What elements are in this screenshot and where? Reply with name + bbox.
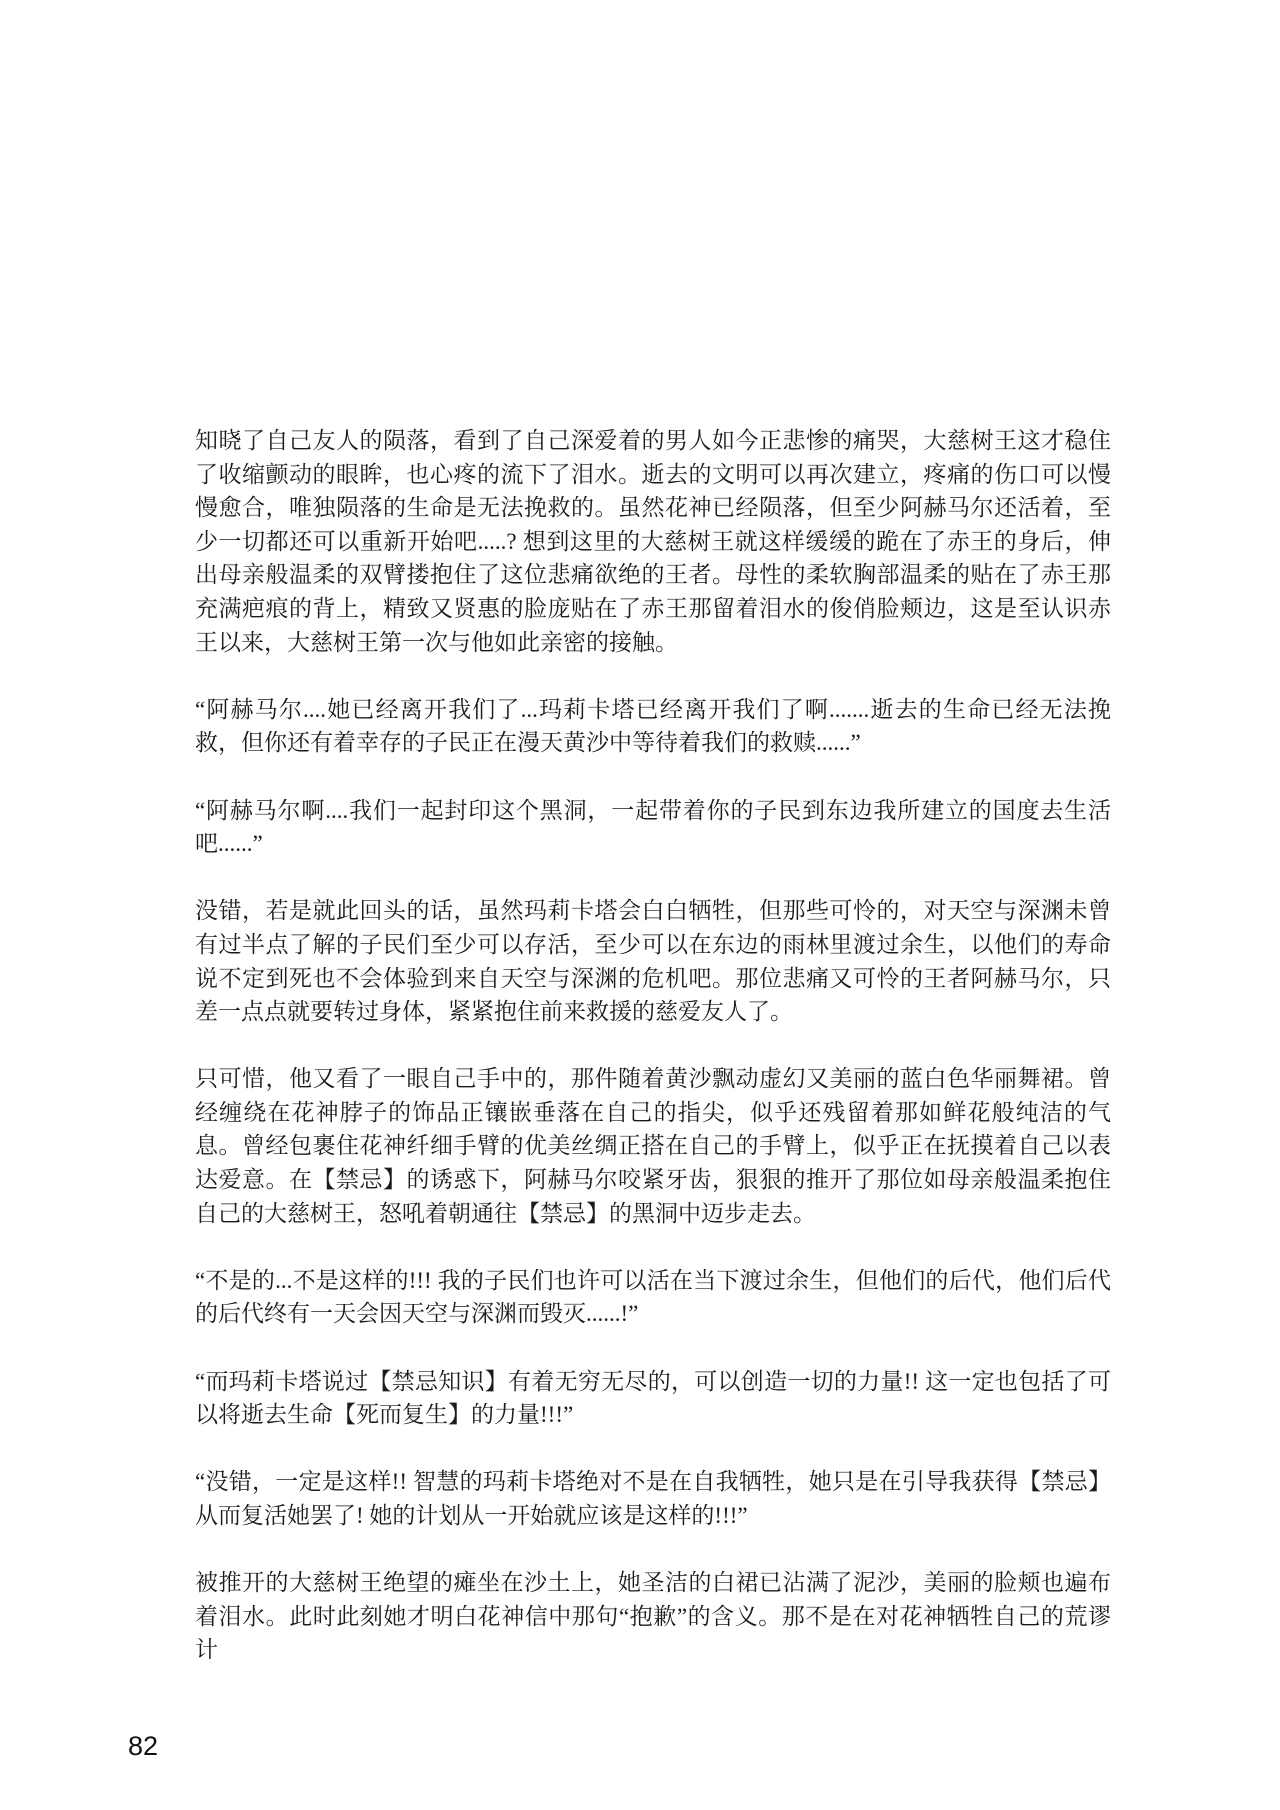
paragraph-5: 只可惜，他又看了一眼自己手中的，那件随着黄沙飘动虚幻又美丽的蓝白色华丽舞裙。曾经…	[195, 1062, 1111, 1230]
paragraph-4: 没错，若是就此回头的话，虽然玛莉卡塔会白白牺牲，但那些可怜的，对天空与深渊未曾有…	[195, 894, 1111, 1028]
paragraph-7: “而玛莉卡塔说过【禁忌知识】有着无穷无尽的，可以创造一切的力量!! 这一定也包括…	[195, 1365, 1111, 1432]
document-page: 知晓了自己友人的陨落，看到了自己深爱着的男人如今正悲惨的痛哭，大慈树王这才稳住了…	[0, 0, 1280, 1810]
paragraph-6: “不是的...不是这样的!!! 我的子民们也许可以活在当下渡过余生，但他们的后代…	[195, 1264, 1111, 1331]
page-text: 知晓了自己友人的陨落，看到了自己深爱着的男人如今正悲惨的痛哭，大慈树王这才稳住了…	[195, 424, 1111, 1701]
paragraph-8: “没错，一定是这样!! 智慧的玛莉卡塔绝对不是在自我牺牲，她只是在引导我获得【禁…	[195, 1465, 1111, 1532]
paragraph-3: “阿赫马尔啊....我们一起封印这个黑洞，一起带着你的子民到东边我所建立的国度去…	[195, 794, 1111, 861]
paragraph-2: “阿赫马尔....她已经离开我们了...玛莉卡塔已经离开我们了啊.......逝…	[195, 693, 1111, 760]
paragraph-9: 被推开的大慈树王绝望的瘫坐在沙土上，她圣洁的白裙已沾满了泥沙，美丽的脸颊也遍布着…	[195, 1566, 1111, 1667]
page-number: 82	[128, 1730, 158, 1762]
paragraph-1: 知晓了自己友人的陨落，看到了自己深爱着的男人如今正悲惨的痛哭，大慈树王这才稳住了…	[195, 424, 1111, 659]
